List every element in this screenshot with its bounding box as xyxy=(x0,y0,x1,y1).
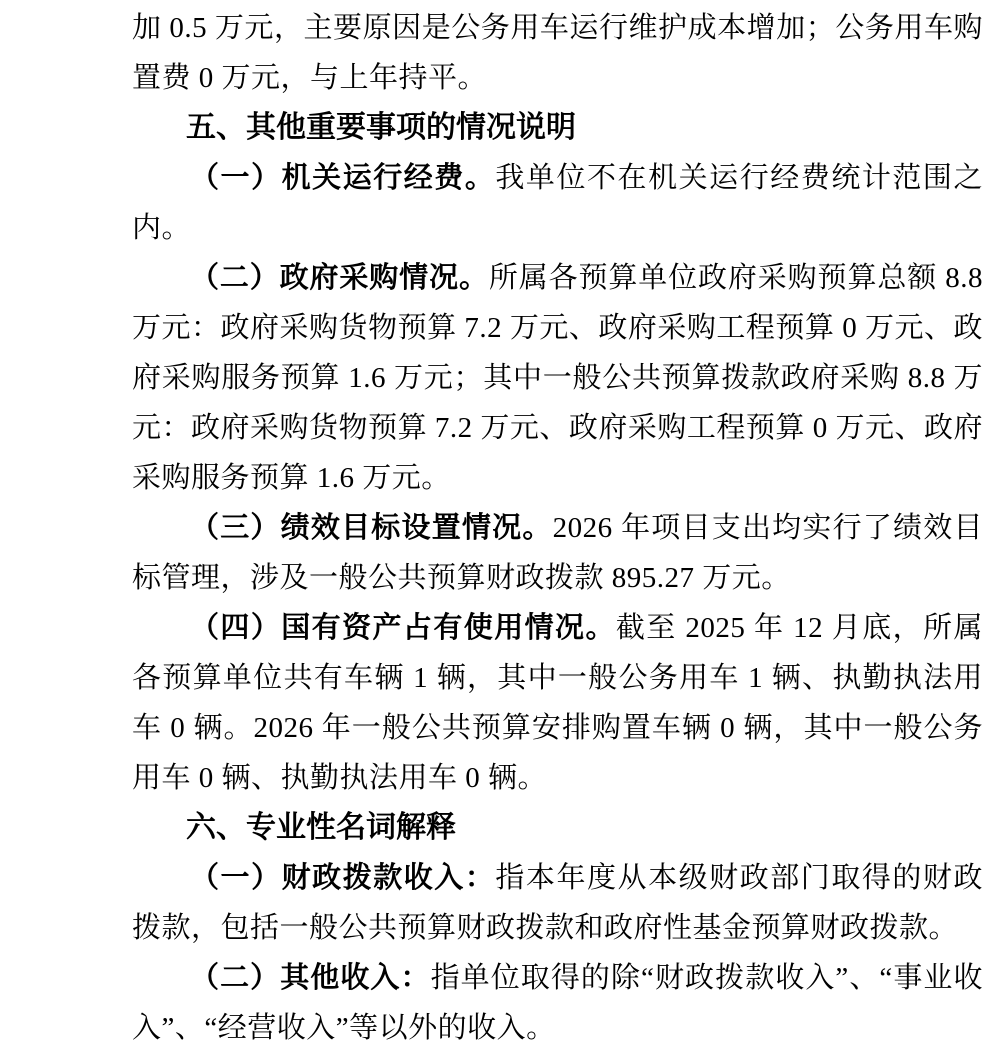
para-fiscal-appropriation-income: （一）财政拨款收入：指本年度从本级财政部门取得的财政拨款，包括一般公共预算财政拨… xyxy=(132,853,983,953)
paragraph-lead: （二）政府采购情况。 xyxy=(190,262,489,294)
paragraph-text: 加 0.5 万元，主要原因是公务用车运行维护成本增加；公务用车购置费 0 万元，… xyxy=(132,12,983,94)
paragraph-lead: （二）其他收入： xyxy=(190,962,431,994)
para-performance-targets: （三）绩效目标设置情况。2026 年项目支出均实行了绩效目标管理，涉及一般公共预… xyxy=(132,503,983,603)
para-government-procurement: （二）政府采购情况。所属各预算单位政府采购预算总额 8.8 万元：政府采购货物预… xyxy=(132,253,983,503)
heading-section-6-terminology: 六、专业性名词解释 xyxy=(132,803,983,853)
heading-section-5-other-important-matters: 五、其他重要事项的情况说明 xyxy=(132,103,983,153)
para-state-assets-usage: （四）国有资产占有使用情况。截至 2025 年 12 月底，所属各预算单位共有车… xyxy=(132,603,983,803)
para-vehicle-cost-carryover: 加 0.5 万元，主要原因是公务用车运行维护成本增加；公务用车购置费 0 万元，… xyxy=(132,3,983,103)
paragraph-lead: （四）国有资产占有使用情况。 xyxy=(190,612,616,644)
document-content: 加 0.5 万元，主要原因是公务用车运行维护成本增加；公务用车购置费 0 万元，… xyxy=(132,0,983,1053)
para-agency-operating-funds: （一）机关运行经费。我单位不在机关运行经费统计范围之内。 xyxy=(132,153,983,253)
para-other-income: （二）其他收入：指单位取得的除“财政拨款收入”、“事业收入”、“经营收入”等以外… xyxy=(132,953,983,1053)
paragraph-lead: （一）财政拨款收入： xyxy=(190,862,495,894)
paragraph-text: 所属各预算单位政府采购预算总额 8.8 万元：政府采购货物预算 7.2 万元、政… xyxy=(132,262,983,494)
paragraph-lead: （一）机关运行经费。 xyxy=(190,162,495,194)
paragraph-lead: （三）绩效目标设置情况。 xyxy=(190,512,553,544)
document-page: 加 0.5 万元，主要原因是公务用车运行维护成本增加；公务用车购置费 0 万元，… xyxy=(0,0,1000,1053)
